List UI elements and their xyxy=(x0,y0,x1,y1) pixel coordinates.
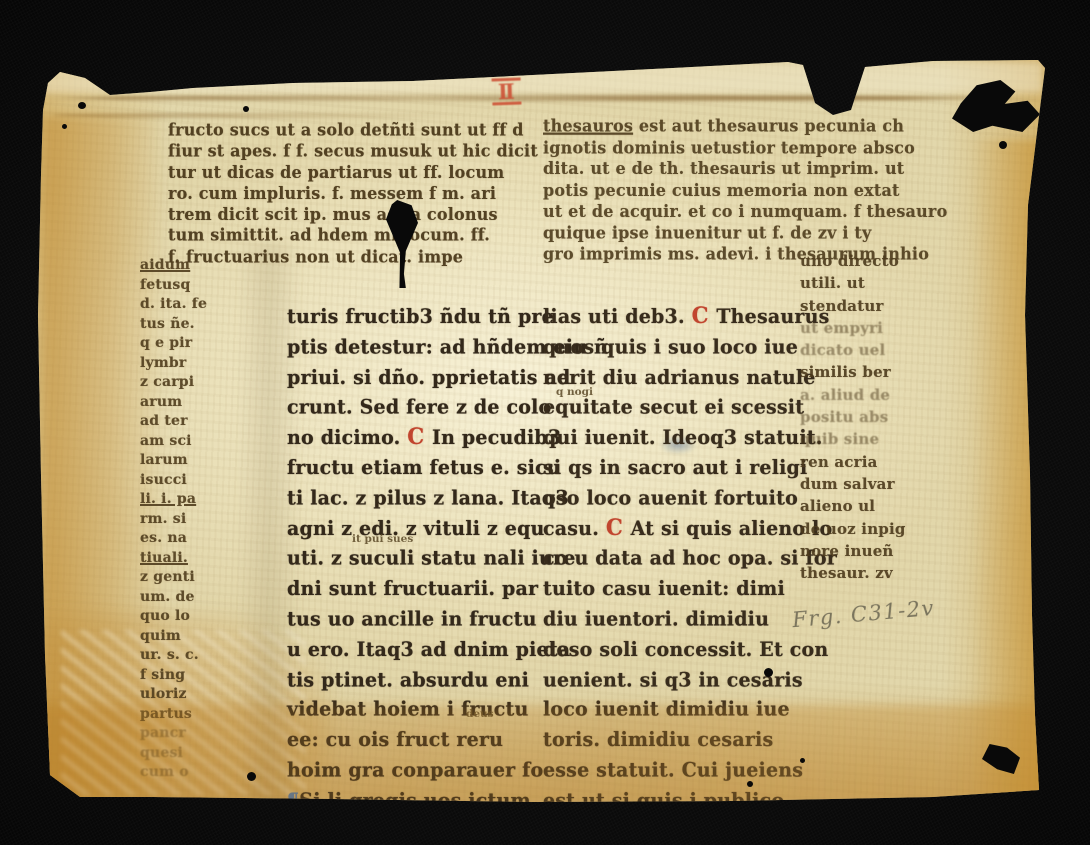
right-margin-gloss-column: uno directoutili. utstendaturut empyridi… xyxy=(800,250,906,584)
manuscript-text-line: ren acria xyxy=(800,451,906,473)
manuscript-text-line: potis pecunie cuius memoria non extat xyxy=(543,180,947,201)
manuscript-text-line: si qs in sacro aut i religi xyxy=(543,453,837,483)
manuscript-text-line: uno directo xyxy=(800,250,906,272)
top-right-text-column: thesauros est aut thesaurus pecunia chig… xyxy=(543,116,947,265)
main-right-text-column: lias uti deb3. C Thesaurusquos quis i su… xyxy=(543,302,837,816)
manuscript-text-line: nore inueñ xyxy=(800,540,906,562)
manuscript-text-line: f. fructuarius non ut dicat. impe xyxy=(168,247,538,268)
manuscript-text-line: z carpi xyxy=(140,373,207,393)
manuscript-text-line: stendatur xyxy=(800,295,906,317)
manuscript-leaf: fructo sucs ut a solo detñti sunt ut ff … xyxy=(33,55,1058,808)
wormhole xyxy=(62,124,67,129)
wormhole xyxy=(747,781,753,787)
interlinear-note: deus xyxy=(466,708,494,720)
manuscript-text-line: a. aliud de xyxy=(800,384,906,406)
manuscript-text-line: pancr xyxy=(140,724,207,744)
wormhole xyxy=(247,772,256,781)
manuscript-text-line: ad ter xyxy=(140,412,207,432)
manuscript-text-line: partus xyxy=(140,705,207,725)
manuscript-text-line: uenient. si q3 in cesaris xyxy=(543,665,837,695)
manuscript-text-line: z genti xyxy=(140,568,207,588)
manuscript-text-line: dita. ut e de th. thesauris ut imprim. u… xyxy=(543,159,947,180)
manuscript-text-line: ur. s. c. xyxy=(140,646,207,666)
manuscript-text-line: quo lo xyxy=(140,607,207,627)
manuscript-text-line: quos quis i suo loco iue xyxy=(543,332,837,362)
manuscript-text-line: am sci xyxy=(140,432,207,452)
manuscript-text-line: tuito casu iuenit: dimi xyxy=(543,574,837,604)
manuscript-text-line: casu. C At si quis alieno lo xyxy=(543,514,837,544)
manuscript-text-line: arum xyxy=(140,393,207,413)
manuscript-text-line: lias uti deb3. C Thesaurus xyxy=(543,302,837,332)
manuscript-text-line: lymbr xyxy=(140,354,207,374)
manuscript-text-line: quib sine xyxy=(800,428,906,450)
parchment-hole xyxy=(952,80,1040,132)
manuscript-text-line: dum salvar xyxy=(800,473,906,495)
manuscript-text-line: deso soli concessit. Et con xyxy=(543,635,837,665)
interlinear-note: q nogi xyxy=(556,386,593,398)
manuscript-text-line: ut et de acquir. et co i numquam. f thes… xyxy=(543,201,947,222)
manuscript-text-line: co u data ad hoc opa. si for xyxy=(543,544,837,574)
manuscript-text-line: um. de xyxy=(140,588,207,608)
manuscript-text-line: esse statuit. Cui jueiens xyxy=(543,756,837,786)
secondary-crease xyxy=(53,113,473,118)
right-edge-stain xyxy=(971,140,1056,795)
manuscript-text-line: oso loco auenit fortuito xyxy=(543,483,837,513)
horizontal-crease xyxy=(41,95,1041,101)
manuscript-text-line: fetusq xyxy=(140,276,207,296)
wormhole xyxy=(764,668,773,677)
manuscript-text-line: utili. ut xyxy=(800,272,906,294)
top-left-text-column: fructo sucs ut a solo detñti sunt ut ff … xyxy=(168,120,538,268)
manuscript-text-line: d. ita. fe xyxy=(140,295,207,315)
manuscript-text-line: uloriz xyxy=(140,685,207,705)
folio-numeral-red: II xyxy=(492,78,522,106)
manuscript-text-line: es. na xyxy=(140,529,207,549)
manuscript-text-line: thesaur. zv xyxy=(800,562,906,584)
fold-flap-highlight xyxy=(41,61,1043,93)
manuscript-text-line: quesi xyxy=(140,744,207,764)
left-margin-gloss-column: aidumfetusqd. ita. fetus ñe.q e pirlymbr… xyxy=(140,256,207,783)
manuscript-text-line: tus ñe. xyxy=(140,315,207,335)
manuscript-text-line: quim xyxy=(140,627,207,647)
manuscript-text-line: f sing xyxy=(140,666,207,686)
manuscript-text-line: loco iuenit dimidiu iue xyxy=(543,695,837,725)
wormhole xyxy=(999,141,1007,149)
manuscript-text-line: tum simittit. ad hdem ml locum. ff. xyxy=(168,226,538,247)
manuscript-text-line: thesauros est aut thesaurus pecunia ch xyxy=(543,116,947,137)
manuscript-text-line: ro. cum impluris. f. messem f m. ari xyxy=(168,183,538,204)
manuscript-text-line: de uoz inpig xyxy=(800,518,906,540)
manuscript-text-line: fiur st apes. f f. secus musuk ut hic di… xyxy=(168,141,538,162)
manuscript-text-line: rm. si xyxy=(140,510,207,530)
manuscript-text-line: dicato uel xyxy=(800,339,906,361)
manuscript-text-line: trem dicit scit ip. mus ad la colonus xyxy=(168,204,538,225)
wormhole xyxy=(243,106,249,112)
manuscript-text-line: est ut si quis i publico xyxy=(543,786,837,816)
wormhole xyxy=(800,758,805,763)
manuscript-text-line: alieno ul xyxy=(800,495,906,517)
manuscript-text-line: tur ut dicas de partiarus ut ff. locum xyxy=(168,162,538,183)
manuscript-text-line: aidum xyxy=(140,256,207,276)
parchment-hole xyxy=(982,744,1020,774)
manuscript-text-line: larum xyxy=(140,451,207,471)
manuscript-text-line: qui iuenit. Ideoq3 statuit. xyxy=(543,423,837,453)
manuscript-text-line: toris. dimidiu cesaris xyxy=(543,725,837,755)
manuscript-text-line: q e pir xyxy=(140,334,207,354)
wormhole xyxy=(78,102,86,109)
manuscript-text-line: ut empyri xyxy=(800,317,906,339)
photo-stage: fructo sucs ut a solo detñti sunt ut ff … xyxy=(0,0,1090,845)
interlinear-note: it pui sues xyxy=(352,533,413,545)
manuscript-text-line: cum o xyxy=(140,763,207,783)
manuscript-text-line: similis ber xyxy=(800,361,906,383)
manuscript-text-line: ignotis dominis uetustior tempore absco xyxy=(543,137,947,158)
manuscript-text-line: isucci xyxy=(140,471,207,491)
manuscript-text-line: li. i. pa xyxy=(140,490,207,510)
manuscript-text-line: tiuali. xyxy=(140,549,207,569)
manuscript-text-line: fructo sucs ut a solo detñti sunt ut ff … xyxy=(168,120,538,141)
manuscript-text-line: quique ipse inuenitur ut f. de zv i ty xyxy=(543,223,947,244)
manuscript-text-line: positu abs xyxy=(800,406,906,428)
